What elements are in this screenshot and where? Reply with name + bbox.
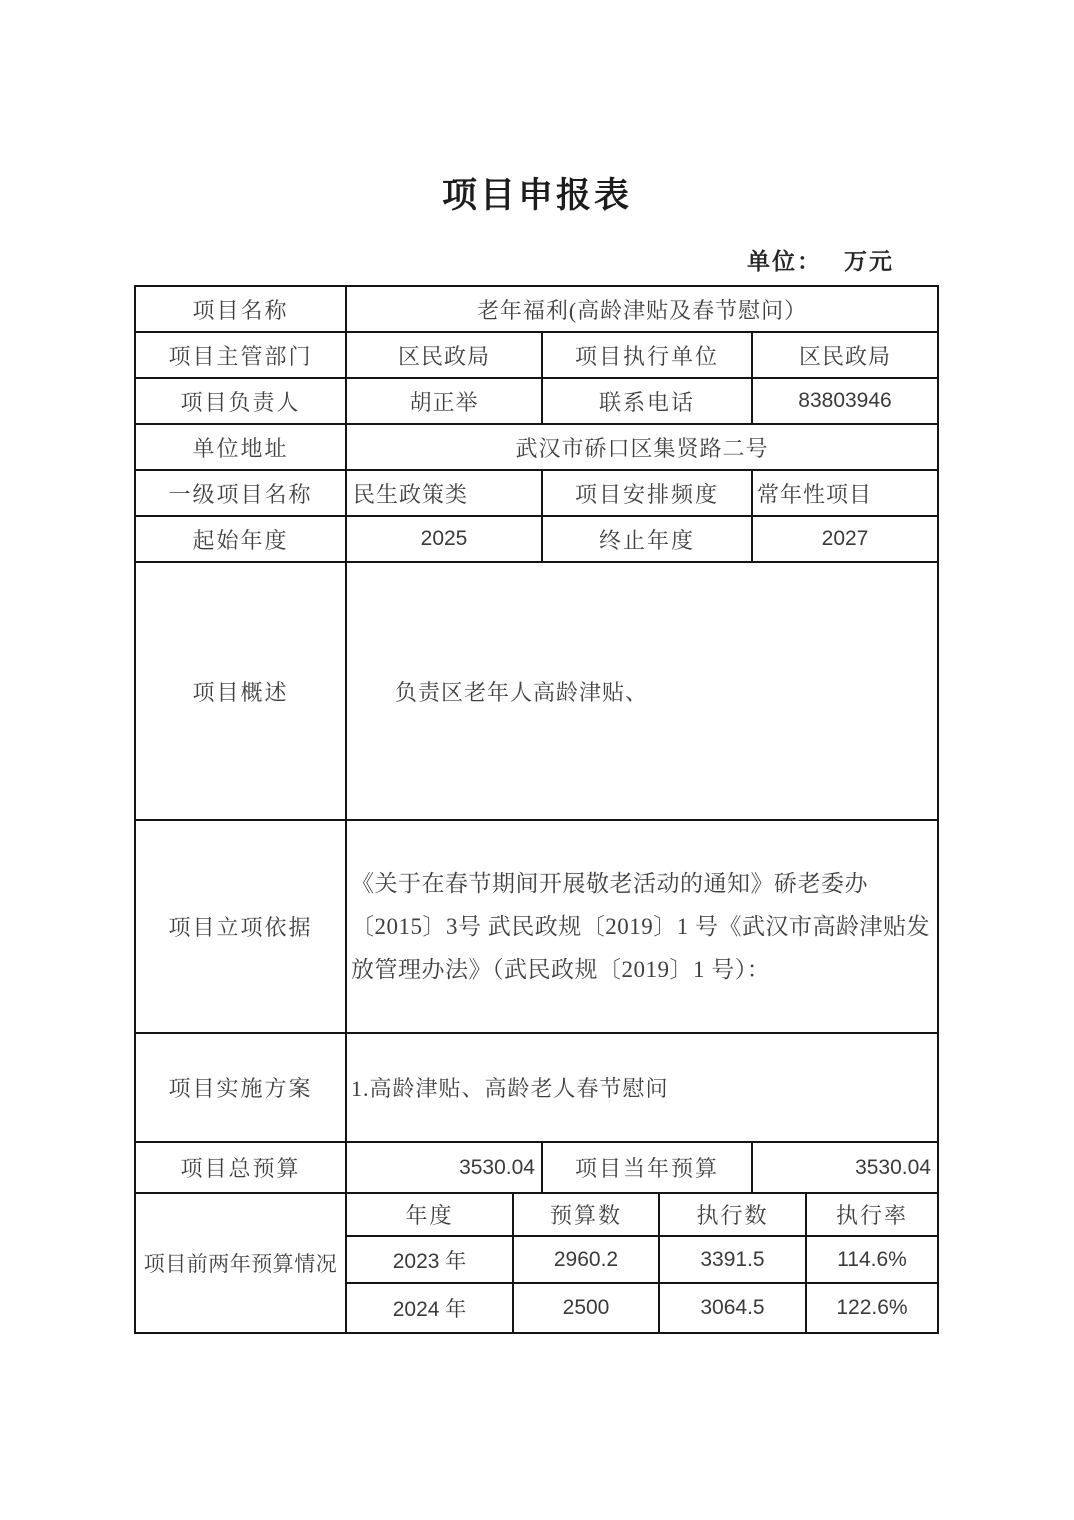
supervisor-dept-value: 区民政局	[347, 333, 543, 379]
project-leader-value: 胡正举	[347, 379, 543, 425]
executing-unit-label: 项目执行单位	[543, 333, 753, 379]
prev-years-header-year: 年度	[347, 1194, 514, 1237]
project-name-value: 老年福利(高龄津贴及春节慰问）	[347, 287, 937, 333]
supervisor-dept-label: 项目主管部门	[136, 333, 347, 379]
executing-unit-value: 区民政局	[753, 333, 937, 379]
prev-year-2024-executed: 3064.5	[660, 1284, 807, 1332]
unit-line: 单位：万元	[747, 243, 894, 276]
frequency-label: 项目安排频度	[543, 471, 753, 517]
frequency-value: 常年性项目	[753, 471, 937, 517]
plan-label: 项目实施方案	[136, 1034, 347, 1143]
basis-value: 《关于在春节期间开展敬老活动的通知》硚老委办〔2015〕3号 武民政规〔2019…	[347, 821, 937, 1034]
prev-years-header-executed: 执行数	[660, 1194, 807, 1237]
prev-year-2023-budget: 2960.2	[514, 1237, 660, 1284]
end-year-label: 终止年度	[543, 517, 753, 563]
prev-year-2023-executed: 3391.5	[660, 1237, 807, 1284]
end-year-value: 2027	[753, 517, 937, 563]
start-year-value: 2025	[347, 517, 543, 563]
unit-label: 单位：	[747, 249, 822, 274]
document-page: 项目申报表 单位：万元 项目名称 老年福利(高龄津贴及春节慰问） 项目主管部门 …	[0, 0, 1074, 1520]
prev-years-header-budget: 预算数	[514, 1194, 660, 1237]
prev-year-2024-year: 2024 年	[347, 1284, 514, 1332]
plan-value: 1.高龄津贴、高龄老人春节慰问	[347, 1034, 937, 1143]
contact-phone-label: 联系电话	[543, 379, 753, 425]
unit-value: 万元	[844, 249, 894, 274]
project-leader-label: 项目负责人	[136, 379, 347, 425]
prev-years-header-rate: 执行率	[807, 1194, 937, 1237]
level1-name-label: 一级项目名称	[136, 471, 347, 517]
current-budget-label: 项目当年预算	[543, 1143, 753, 1194]
unit-address-value: 武汉市硚口区集贤路二号	[347, 425, 937, 471]
page-title: 项目申报表	[0, 168, 1074, 218]
unit-address-label: 单位地址	[136, 425, 347, 471]
basis-label: 项目立项依据	[136, 821, 347, 1034]
prev-year-2023-year: 2023 年	[347, 1237, 514, 1284]
application-form-table: 项目名称 老年福利(高龄津贴及春节慰问） 项目主管部门 区民政局 项目执行单位 …	[134, 285, 939, 1334]
project-name-label: 项目名称	[136, 287, 347, 333]
level1-name-value: 民生政策类	[347, 471, 543, 517]
start-year-label: 起始年度	[136, 517, 347, 563]
current-budget-value: 3530.04	[753, 1143, 937, 1194]
overview-value: 负责区老年人高龄津贴、	[347, 563, 937, 821]
contact-phone-value: 83803946	[753, 379, 937, 425]
total-budget-value: 3530.04	[347, 1143, 543, 1194]
prev-year-2024-rate: 122.6%	[807, 1284, 937, 1332]
prev-year-2023-rate: 114.6%	[807, 1237, 937, 1284]
total-budget-label: 项目总预算	[136, 1143, 347, 1194]
overview-label: 项目概述	[136, 563, 347, 821]
prev-year-2024-budget: 2500	[514, 1284, 660, 1332]
prev-years-label: 项目前两年预算情况	[136, 1194, 347, 1332]
